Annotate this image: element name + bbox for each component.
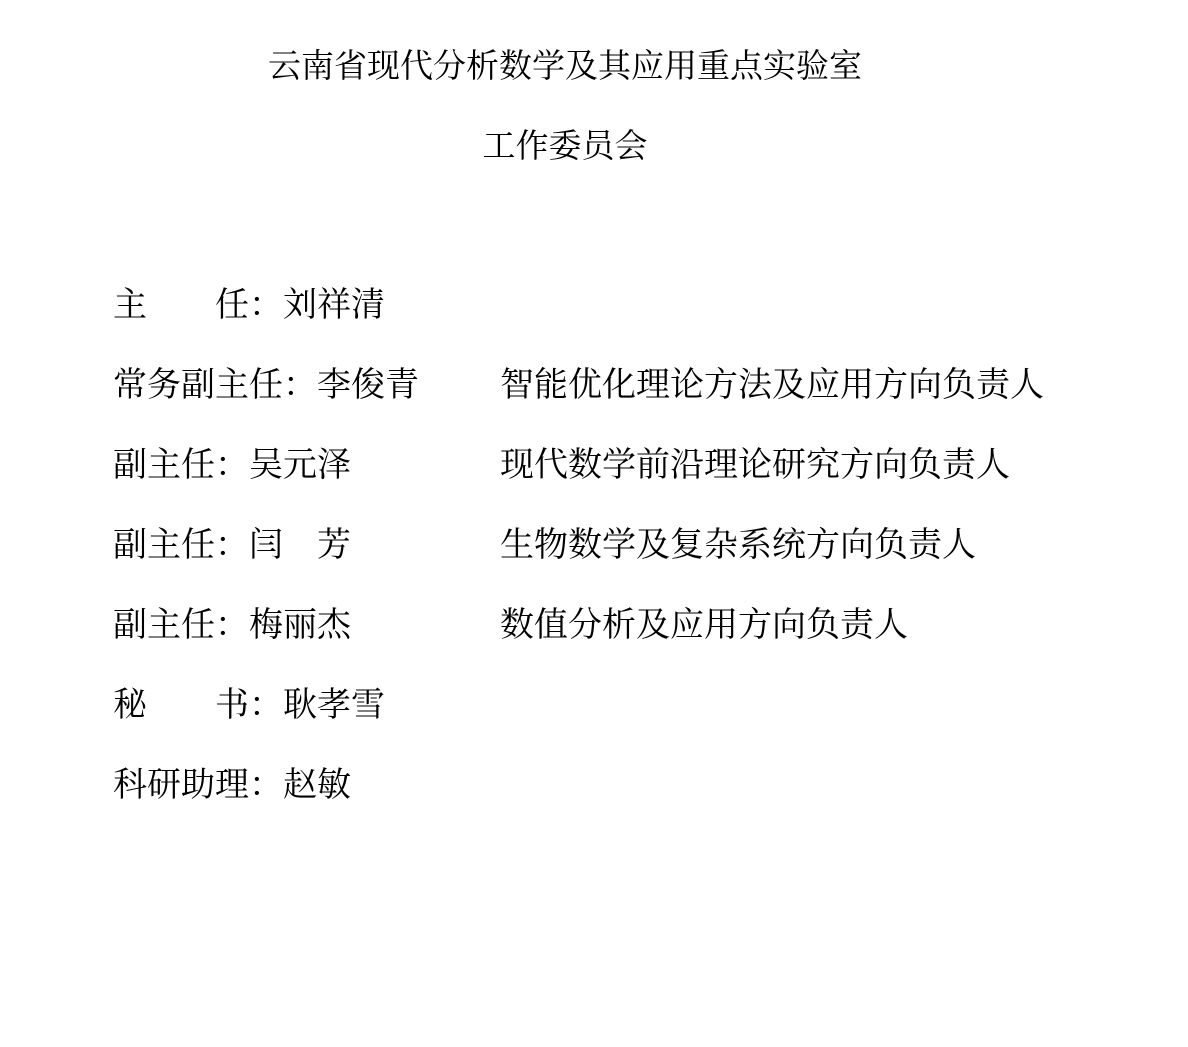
document-subtitle: 工作委员会 [0,126,1130,166]
member-duty: 智能优化理论方法及应用方向负责人 [500,363,1044,407]
member-role: 常务副主任： [113,365,317,405]
member-duty: 现代数学前沿理论研究方向负责人 [500,443,1010,487]
member-name: 梅丽杰 [249,605,351,645]
member-role: 副主任： [113,605,249,645]
member-role: 副主任： [113,445,249,485]
member-name: 刘祥清 [283,285,385,325]
member-name: 李俊青 [317,365,419,405]
member-name: 闫 芳 [249,525,351,565]
member-role-and-name: 科研助理：赵敏 [113,763,351,807]
document-title: 云南省现代分析数学及其应用重点实验室 [0,46,1130,86]
member-role-and-name: 常务副主任：李俊青 [113,363,419,407]
member-role: 科研助理： [113,765,283,805]
member-name: 赵敏 [283,765,351,805]
member-role-and-name: 秘 书：耿孝雪 [113,683,385,727]
member-name: 吴元泽 [249,445,351,485]
member-role-and-name: 副主任：吴元泽 [113,443,351,487]
member-role: 主 任： [113,285,283,325]
member-duty: 数值分析及应用方向负责人 [500,603,908,647]
member-role-and-name: 主 任：刘祥清 [113,283,385,327]
member-duty: 生物数学及复杂系统方向负责人 [500,523,976,567]
member-role: 秘 书： [113,685,283,725]
member-name: 耿孝雪 [283,685,385,725]
member-role-and-name: 副主任：闫 芳 [113,523,351,567]
member-role-and-name: 副主任：梅丽杰 [113,603,351,647]
member-role: 副主任： [113,525,249,565]
